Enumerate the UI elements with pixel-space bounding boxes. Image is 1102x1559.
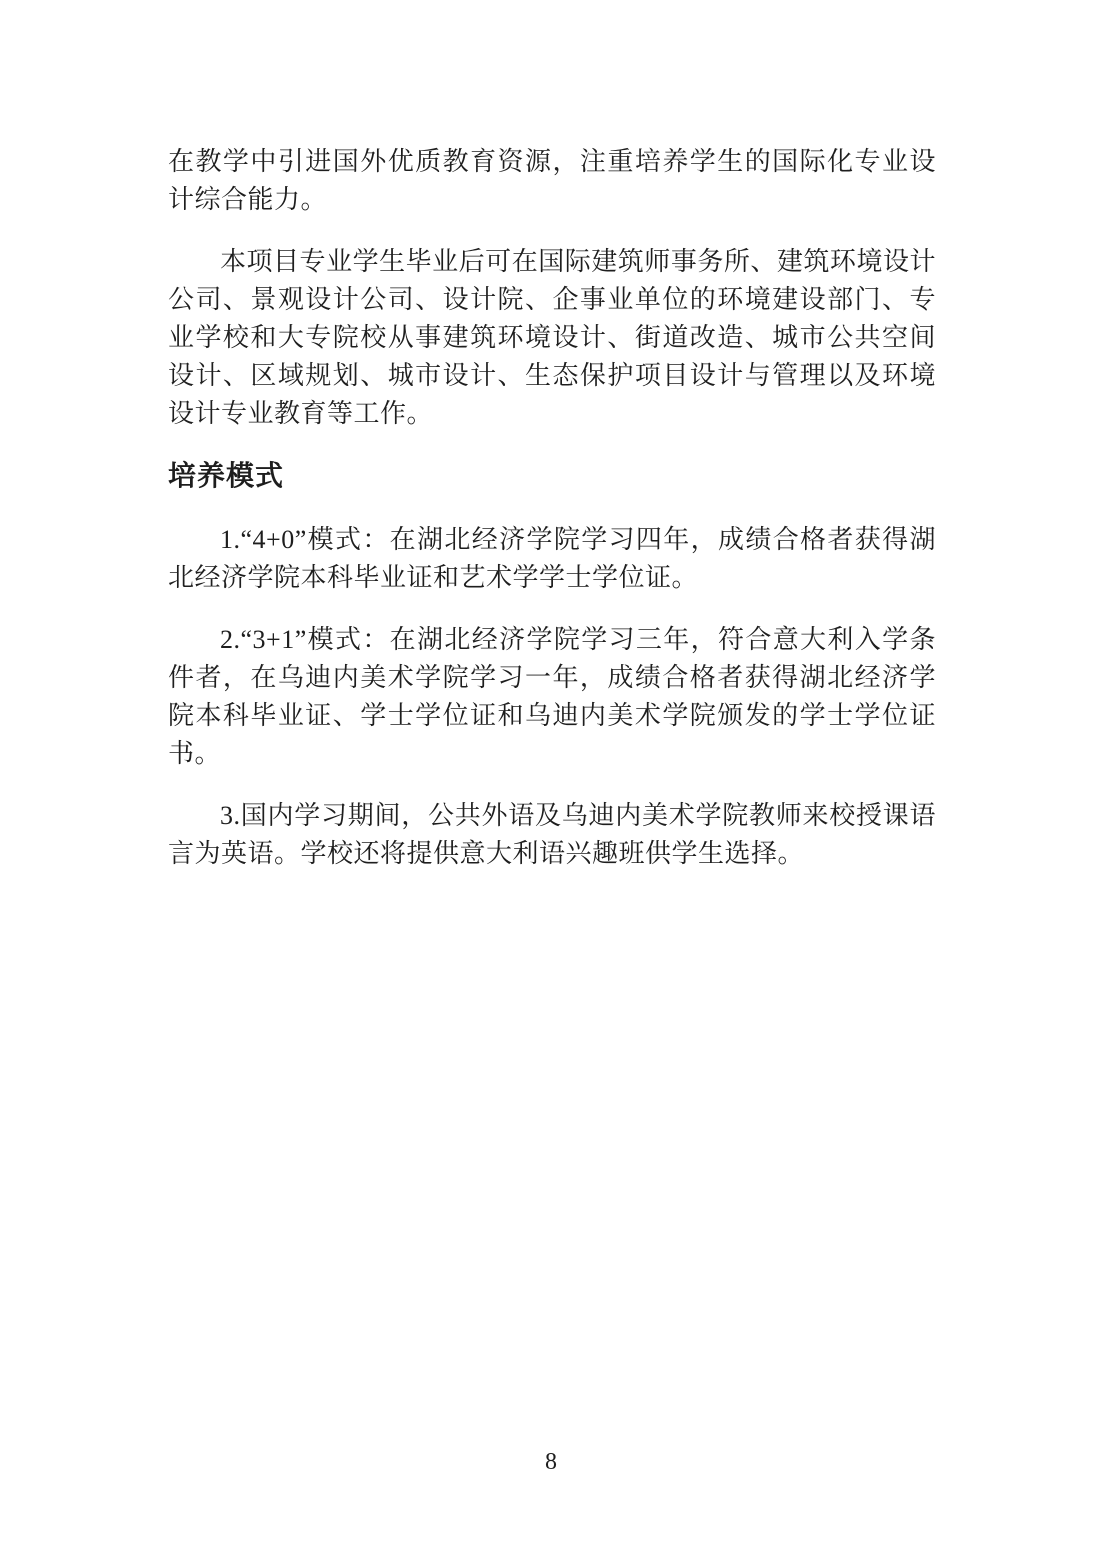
paragraph-career-prospects: 本项目专业学生毕业后可在国际建筑师事务所、建筑环境设计公司、景观设计公司、设计院… [168, 243, 936, 433]
list-item-mode-3plus1: 2.“3+1”模式：在湖北经济学院学习三年，符合意大利入学条件者，在乌迪内美术学… [168, 621, 936, 773]
document-page: 在教学中引进国外优质教育资源，注重培养学生的国际化专业设计综合能力。 本项目专业… [0, 0, 1102, 1559]
section-heading-training-mode: 培养模式 [168, 457, 936, 497]
page-content: 在教学中引进国外优质教育资源，注重培养学生的国际化专业设计综合能力。 本项目专业… [168, 143, 936, 897]
paragraph-continuation: 在教学中引进国外优质教育资源，注重培养学生的国际化专业设计综合能力。 [168, 143, 936, 219]
page-number: 8 [0, 1449, 1102, 1475]
list-item-language-note: 3.国内学习期间，公共外语及乌迪内美术学院教师来校授课语言为英语。学校还将提供意… [168, 797, 936, 873]
list-item-mode-4plus0: 1.“4+0”模式：在湖北经济学院学习四年，成绩合格者获得湖北经济学院本科毕业证… [168, 521, 936, 597]
